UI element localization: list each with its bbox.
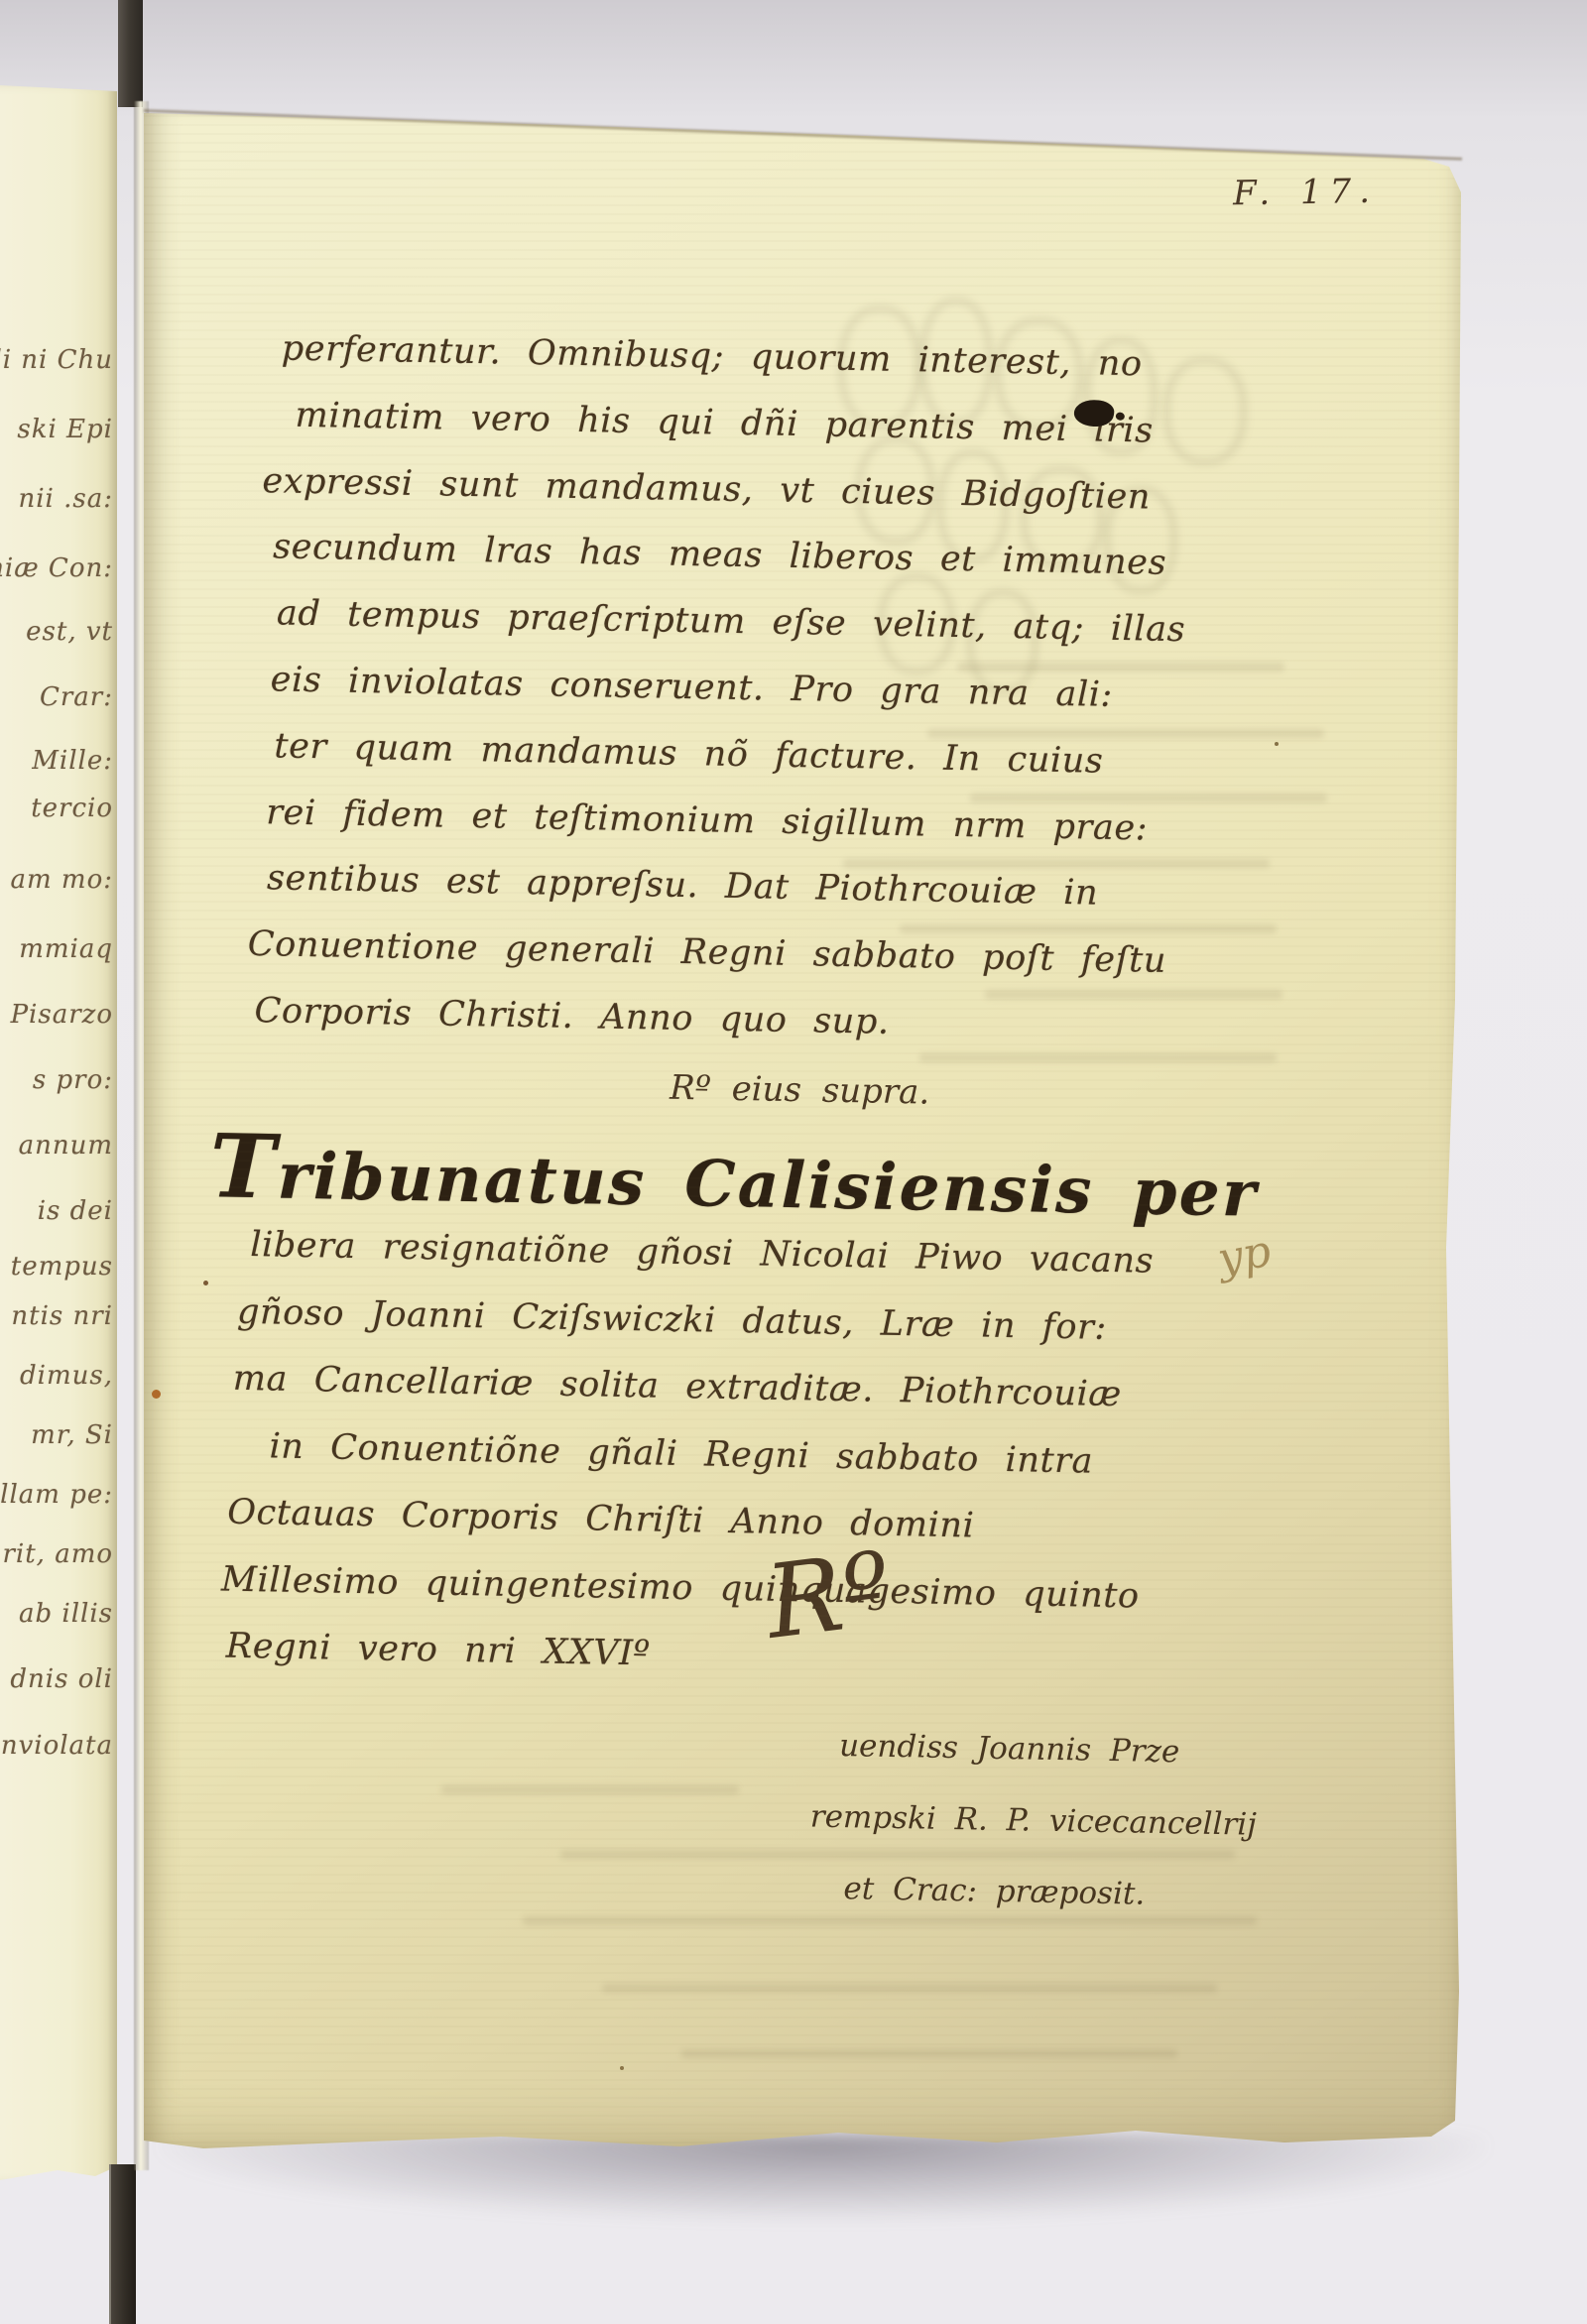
manuscript-line: sentibus est appreſsu. Dat Piothrcouiæ i… [267,859,1099,914]
facing-page-fragment: rit, amo [2,1539,113,1569]
page-drop-shadow [159,2133,1488,2222]
book-rod-top [118,0,143,107]
manuscript-line: Regni vero nri XXVIº [226,1627,651,1674]
manuscript-line: in Conuentiõne gñali Regni sabbato intra [269,1426,1093,1481]
manuscript-line: expressi sunt mandamus, vt ciues Bidgoſt… [262,461,1151,517]
manuscript-page: perferantur. Omnibusq; quorum interest, … [144,107,1463,2152]
facing-page-fragment: dimus, [20,1361,113,1391]
manuscript-line: eis inviolatas conseruent. Pro gra nra a… [270,660,1113,715]
book-rod-bottom [109,2164,136,2324]
facing-page-fragment: est, vt [26,617,113,647]
signature-line: rempski R. P. vicecancellrij [809,1798,1257,1842]
facing-page-fragment: tempus [11,1252,113,1282]
manuscript-line: ter quam mandamus nõ facture. In cuius [274,726,1104,781]
facing-page-fragment: ski Epi [17,415,113,444]
facing-page-fragment: inviolata [0,1731,113,1761]
facing-page-fragment: ab illis [19,1599,113,1629]
signature-initial: Rº [760,1530,897,1662]
section-heading: Tribunatus Calisiensis per [209,1114,1260,1236]
facing-page-fragment: s pro: [33,1065,113,1095]
signature-line: et Crac: præposit. [843,1871,1145,1912]
facing-page-fragment: nii .sa: [18,484,113,514]
facing-page-edge: di ni Chuski Epinii .sa:omiæ Con:est, vt… [0,85,117,2182]
facing-page-fragment: omiæ Con: [0,553,113,583]
manuscript-line: perferantur. Omnibusq; quorum interest, … [281,328,1142,384]
folio-number: F. 17. [1233,172,1379,214]
signature-line: uendiss Joannis Prze [839,1728,1180,1770]
manuscript-text-layer: perferantur. Omnibusq; quorum interest, … [110,106,1467,2175]
facing-page-fragment: mmiaq [19,934,113,964]
facing-page-fragment: Pisarzo [11,1000,113,1030]
manuscript-line: Millesimo quingentesimo quinquagesimo qu… [221,1559,1140,1616]
manuscript-line: gñoso Joanni Cziſswiczki datus, Lræ in f… [237,1291,1107,1347]
facing-page-fragment: tercio [31,794,113,823]
facing-page-fragment: am mo: [11,865,114,895]
facing-page-fragment: llam pe: [0,1480,113,1510]
facing-page-fragment: dnis oli [10,1664,113,1694]
marginal-mark: yp [1214,1226,1275,1284]
facing-page-fragment: is dei [38,1196,113,1226]
manuscript-line: ma Cancellariæ solita extraditæ. Piothrc… [232,1359,1122,1414]
facing-page-fragment: Crar: [40,682,113,712]
manuscript-line: secundum lras has meas liberos et immune… [273,528,1167,584]
manuscript-line: Corporis Christi. Anno quo sup. [254,991,890,1042]
manuscript-line: libera resignatiõne gñosi Nicolai Piwo v… [250,1225,1155,1282]
facing-page-fragment: mr, Si [31,1420,113,1450]
facing-page-fragment: annum [19,1131,113,1161]
facing-page-fragment: ntis nri [11,1301,113,1331]
facing-page-fragment: Mille: [32,746,113,776]
manuscript-line: rei fidem et teſtimonium sigillum nrm pr… [266,793,1149,848]
facing-page-fragment: di ni Chu [0,345,113,375]
photo-canvas: { "document": { "folio_number": "F. 17."… [0,0,1587,2324]
manuscript-line: Conuentione generali Regni sabbato poſt … [247,924,1166,981]
manuscript-line: minatim vero his qui dñi parentis mei lr… [295,396,1154,451]
manuscript-line: ad tempus praeſcriptum eſse velint, atq;… [277,594,1186,651]
relatio-line: Rº eius supra. [670,1068,930,1113]
